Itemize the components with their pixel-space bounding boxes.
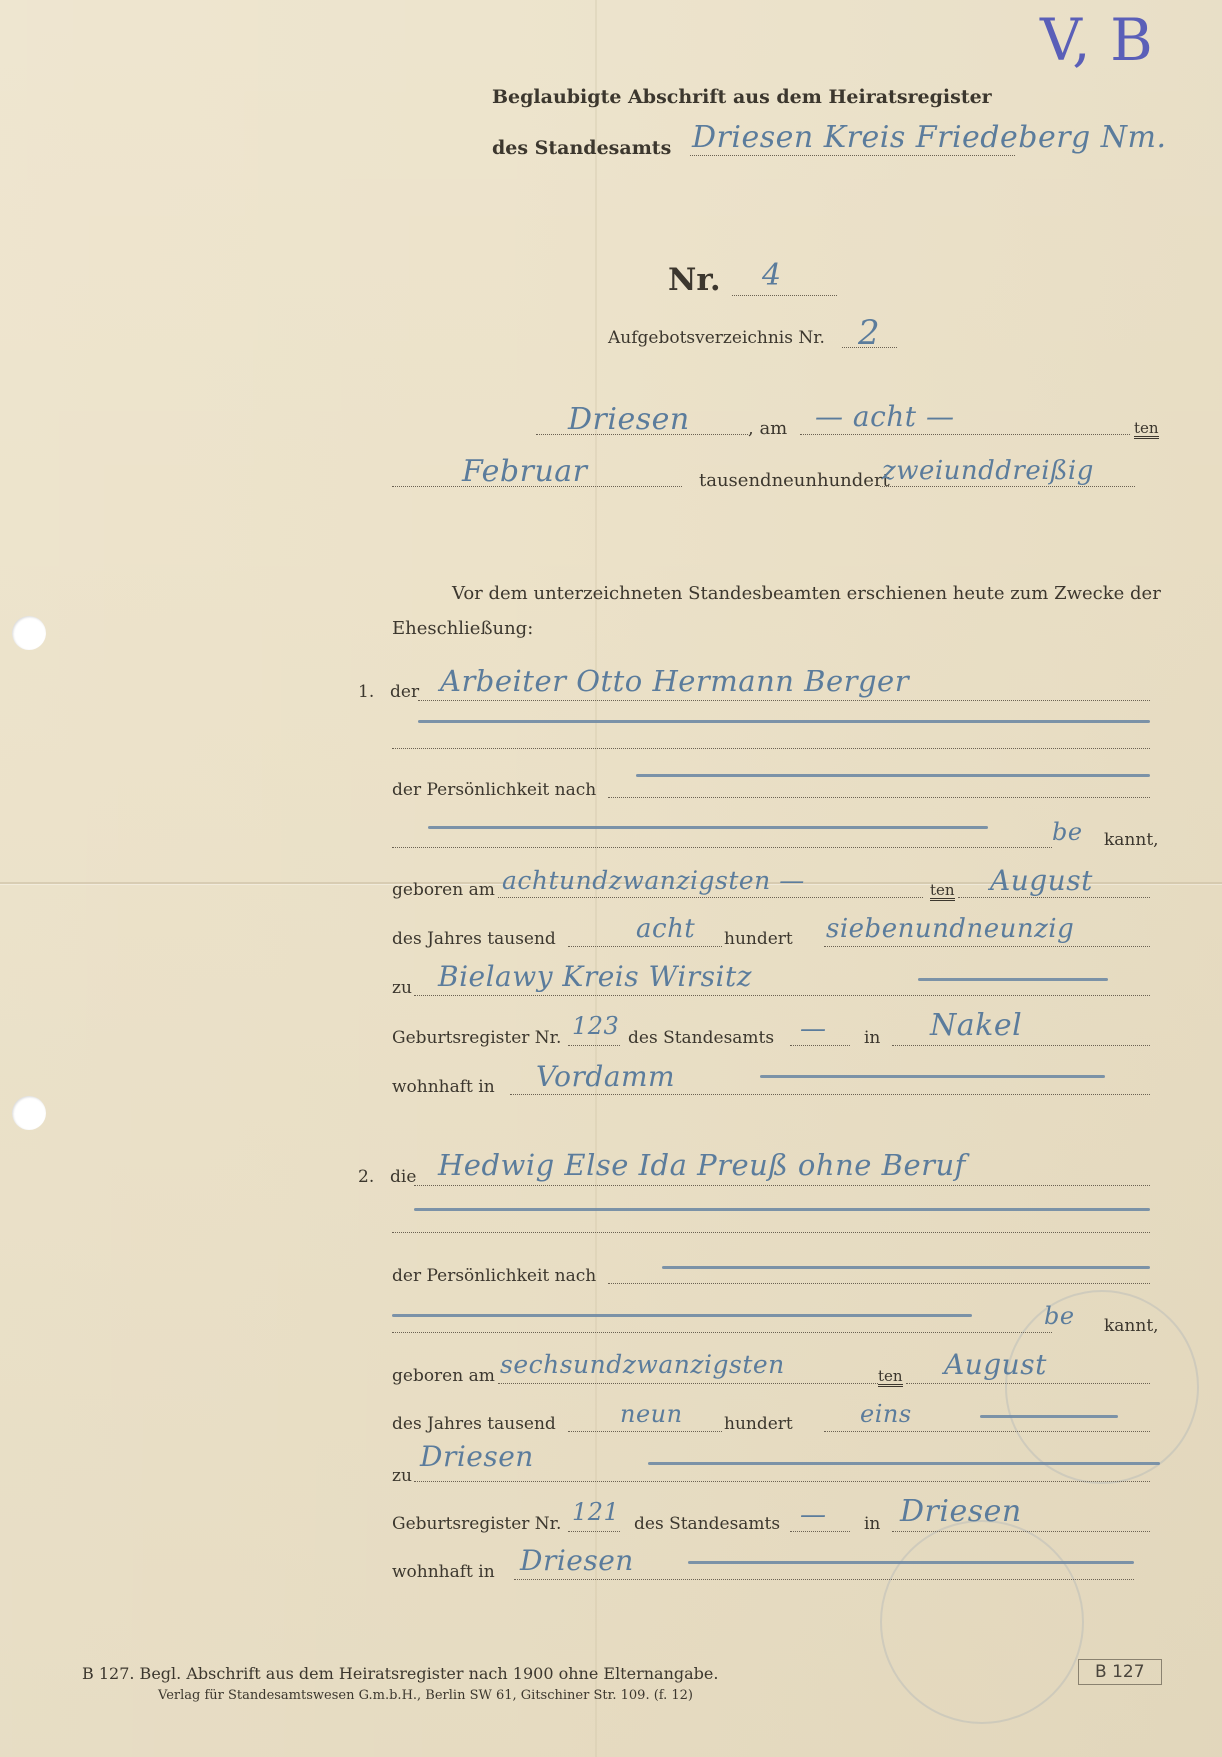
record-number-value: 4 <box>762 258 782 293</box>
year-prefix: tausendneunhundert <box>699 470 890 491</box>
party-1-born-day: achtundzwanzigsten — <box>502 866 805 895</box>
party-1-index: 1. <box>358 682 374 702</box>
party-2-birthplace: Driesen <box>420 1440 534 1473</box>
party-2-birthreg-value: 121 <box>572 1498 619 1526</box>
party-1-identity-strike-2 <box>428 826 988 829</box>
document-title: Beglaubigte Abschrift aus dem Heiratsreg… <box>492 86 992 108</box>
party-1-identity-line <box>608 797 1150 798</box>
party-1-birthreg-value: 123 <box>572 1012 619 1040</box>
banns-register-value: 2 <box>858 313 880 353</box>
party-1-in-label: zu <box>392 978 412 998</box>
party-2-residence-label: wohnhaft in <box>392 1562 495 1582</box>
form-designation-line: B 127. Begl. Abschrift aus dem Heiratsre… <box>82 1664 718 1683</box>
party-1-article: der <box>390 682 419 702</box>
party-1-identity-strike <box>636 774 1150 777</box>
party-1-born-day-line <box>498 897 923 898</box>
office-field-line <box>690 155 1015 156</box>
party-1-born-label: geboren am <box>392 880 495 900</box>
party-1-office-in-label: in <box>864 1028 880 1048</box>
day-suffix: ten <box>1134 420 1159 439</box>
party-1-year-rest: siebenundneunzig <box>826 914 1074 944</box>
party-2-residence-line <box>514 1579 1134 1580</box>
party-2-known-label: kannt, <box>1104 1316 1159 1336</box>
year-value: zweiunddreißig <box>882 456 1094 486</box>
party-1-known-label: kannt, <box>1104 830 1159 850</box>
party-1-born-month-line <box>958 897 1150 898</box>
party-2-office-line <box>790 1531 850 1532</box>
party-1-residence-label: wohnhaft in <box>392 1077 495 1097</box>
party-2-identity-strike-2 <box>392 1314 972 1317</box>
party-2-year-rest: eins <box>860 1400 912 1428</box>
office-field-value: Driesen Kreis Friedeberg Nm. <box>692 120 1167 155</box>
party-2-identity-label: der Persönlichkeit nach <box>392 1266 596 1286</box>
party-1-office-line <box>790 1045 850 1046</box>
party-2-name-line-2 <box>392 1232 1150 1233</box>
party-1-year-rest-line <box>824 946 1150 947</box>
record-number-label: Nr. <box>668 262 721 298</box>
party-1-birthreg-label: Geburtsregister Nr. <box>392 1028 561 1048</box>
party-1-known-prefix: be <box>1052 818 1083 846</box>
party-1-year-label: des Jahres tausend <box>392 929 556 949</box>
corner-pencil-mark: V, B <box>1040 6 1153 74</box>
year-line <box>880 486 1135 487</box>
party-1-office-place-line <box>892 1045 1150 1046</box>
party-2-hundred-label: hundert <box>724 1414 793 1434</box>
party-1-name-line-2 <box>392 748 1150 749</box>
party-1-name-line <box>418 700 1150 701</box>
party-2-year-century: neun <box>620 1400 683 1428</box>
party-2-birthplace-line <box>414 1481 1150 1482</box>
party-2-year-century-line <box>568 1431 722 1432</box>
party-1-birthreg-line <box>568 1045 620 1046</box>
party-1-born-month: August <box>990 864 1093 897</box>
party-2-name-line <box>414 1185 1150 1186</box>
party-2-born-month: August <box>944 1348 1047 1381</box>
party-2-year-label: des Jahres tausend <box>392 1414 556 1434</box>
party-1-identity-line-2 <box>392 847 1052 848</box>
party-2-office-place: Driesen <box>900 1494 1022 1529</box>
party-2-name-strike <box>414 1208 1150 1211</box>
party-1-birthplace-strike <box>918 978 1108 981</box>
party-2-born-day: sechsundzwanzigsten <box>500 1350 785 1379</box>
party-1-residence-line <box>510 1094 1150 1095</box>
party-1-birthplace: Bielawy Kreis Wirsitz <box>438 960 752 993</box>
am-label: , am <box>748 418 787 439</box>
party-2-birthreg-label: Geburtsregister Nr. <box>392 1514 561 1534</box>
official-stamp-impression <box>1005 1290 1199 1484</box>
party-2-article: die <box>390 1167 416 1187</box>
party-2-year-rest-strike <box>980 1415 1118 1418</box>
intro-text-line-2: Eheschließung: <box>392 618 533 639</box>
party-1-residence: Vordamm <box>536 1060 675 1093</box>
intro-text-line-1: Vor dem unterzeichneten Standesbeamten e… <box>452 583 1161 604</box>
party-2-in-label: zu <box>392 1466 412 1486</box>
party-2-born-month-line <box>906 1383 1150 1384</box>
punch-hole-bottom <box>12 1096 46 1130</box>
party-2-office-place-line <box>892 1531 1150 1532</box>
party-2-identity-strike <box>662 1266 1150 1269</box>
party-1-office-value: — <box>800 1014 827 1044</box>
party-2-office-value: — <box>800 1500 827 1530</box>
party-2-residence-strike <box>688 1561 1134 1564</box>
party-2-index: 2. <box>358 1167 374 1187</box>
month-value: Februar <box>462 454 588 489</box>
form-number-box: B 127 <box>1078 1659 1162 1685</box>
party-1-office-place: Nakel <box>930 1008 1022 1043</box>
party-2-residence: Driesen <box>520 1544 634 1577</box>
party-2-known-prefix: be <box>1044 1302 1075 1330</box>
record-number-line <box>732 295 837 296</box>
official-stamp-impression-lower <box>880 1520 1084 1724</box>
party-1-born-day-suffix: ten <box>930 882 955 901</box>
party-2-name: Hedwig Else Ida Preuß ohne Beruf <box>438 1148 966 1182</box>
party-2-office-label: des Standesamts <box>634 1514 780 1534</box>
party-2-born-label: geboren am <box>392 1366 495 1386</box>
punch-hole-top <box>12 616 46 650</box>
banns-register-label: Aufgebotsverzeichnis Nr. <box>608 328 825 348</box>
day-line <box>800 434 1130 435</box>
party-1-office-label: des Standesamts <box>628 1028 774 1048</box>
party-1-name: Arbeiter Otto Hermann Berger <box>440 664 909 698</box>
party-1-birthplace-line <box>414 995 1150 996</box>
party-1-hundred-label: hundert <box>724 929 793 949</box>
day-value: — acht — <box>815 400 954 433</box>
party-2-office-in-label: in <box>864 1514 880 1534</box>
office-label: des Standesamts <box>492 137 671 159</box>
party-2-born-day-line <box>498 1383 878 1384</box>
party-2-identity-line <box>608 1283 1150 1284</box>
party-1-year-century-line <box>568 946 722 947</box>
party-2-year-rest-line <box>824 1431 1150 1432</box>
party-1-name-strike <box>418 720 1150 723</box>
place-value: Driesen <box>568 402 690 437</box>
party-1-residence-strike <box>760 1075 1105 1078</box>
party-1-year-century: acht <box>636 914 695 944</box>
party-2-identity-line-2 <box>392 1332 1052 1333</box>
party-1-identity-label: der Persönlichkeit nach <box>392 780 596 800</box>
party-2-born-day-suffix: ten <box>878 1368 903 1387</box>
party-2-birthplace-strike <box>648 1462 1160 1465</box>
publisher-line: Verlag für Standesamtswesen G.m.b.H., Be… <box>158 1688 693 1703</box>
party-2-birthreg-line <box>568 1531 620 1532</box>
